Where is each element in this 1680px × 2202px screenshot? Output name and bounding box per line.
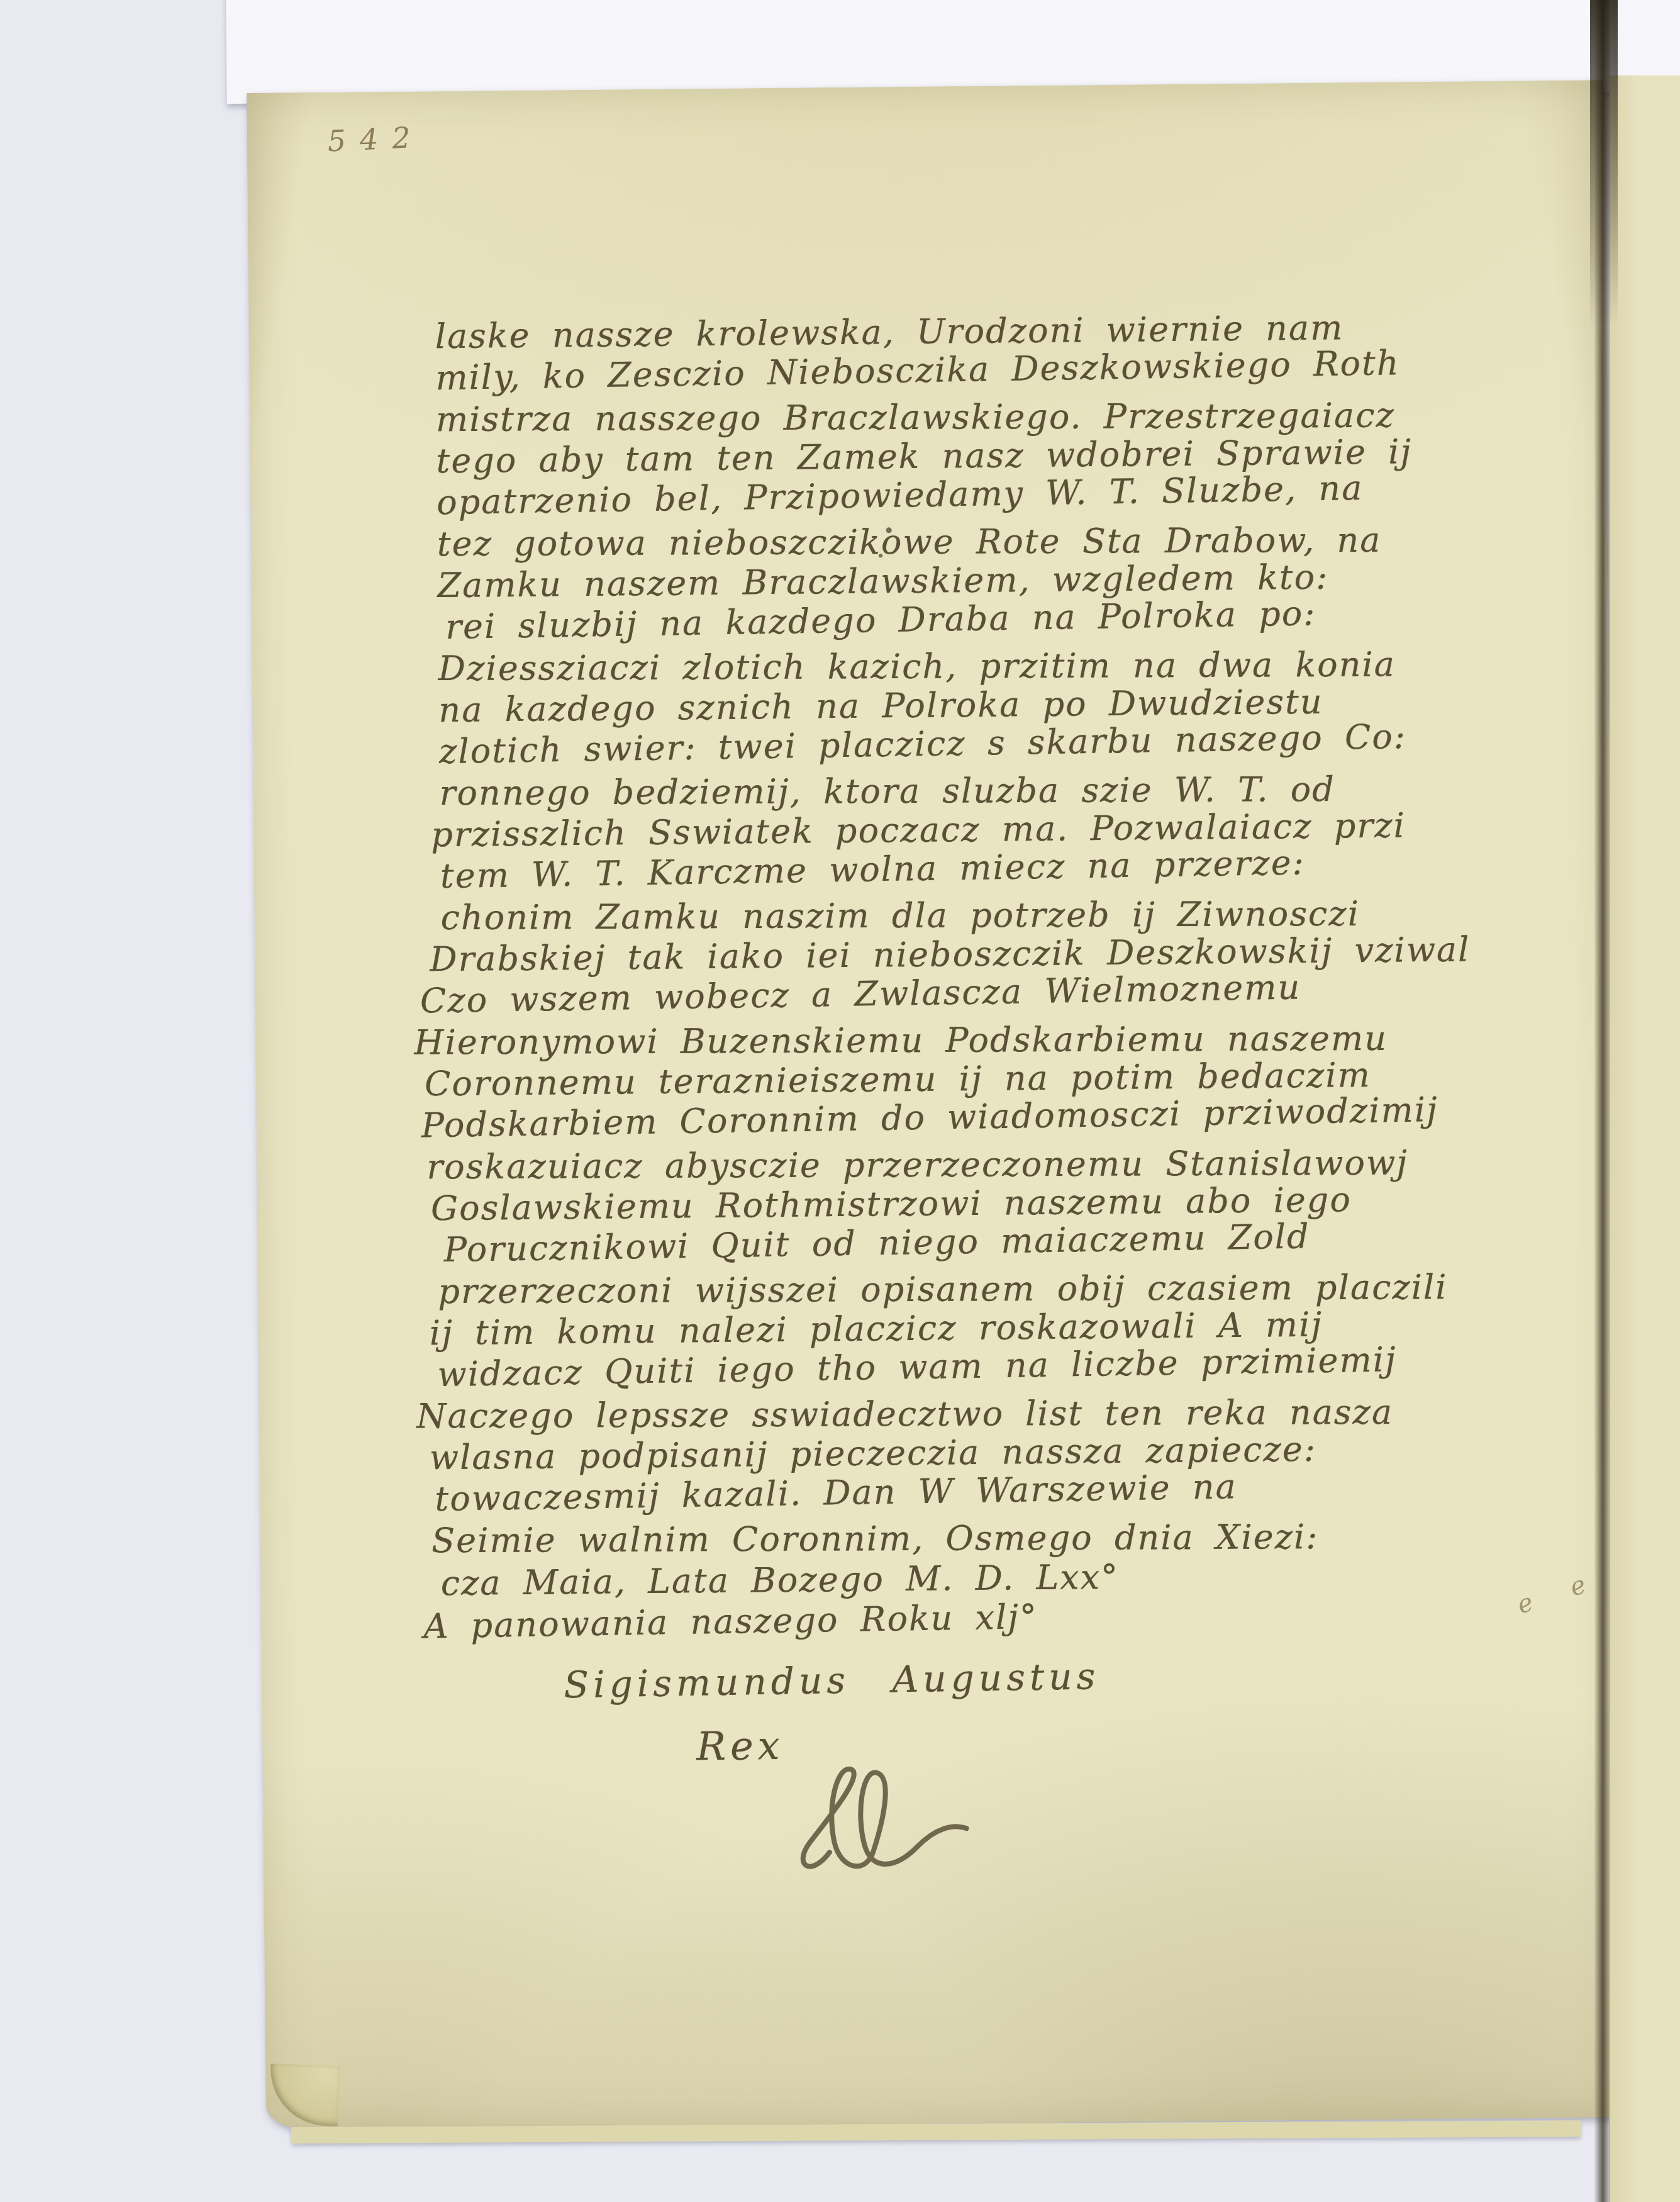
backing-sheet-right	[1607, 0, 1680, 88]
manuscript-line: tez gotowa nieboszczikowe Rote Sta Drabo…	[437, 520, 1382, 564]
manuscript-line: Seimie walnim Coronnim, Osmego dnia Xiez…	[431, 1517, 1319, 1560]
manuscript-line: mistrza nasszego Braczlawskiego. Przestr…	[436, 395, 1395, 439]
manuscript-line: A panowania naszego Roku xlj°	[423, 1597, 1038, 1646]
manuscript-line: chonim Zamku naszim dla potrzeb ij Ziwno…	[440, 894, 1360, 937]
pen-marks: e e	[1513, 1565, 1605, 1620]
adjacent-page	[1609, 75, 1680, 2202]
manuscript-line: Drabskiej tak iako iei nieboszczik Deszk…	[430, 929, 1471, 979]
manuscript-line: cza Maia, Lata Bozego M. D. Lxx°	[440, 1557, 1119, 1603]
manuscript-line: Dziessziaczi zlotich kazich, przitim na …	[438, 644, 1396, 688]
manuscript-page: 542 laske nassze krolewska, Urodzoni wie…	[247, 80, 1622, 2130]
page-number: 542	[327, 120, 425, 159]
gutter-fold	[1594, 0, 1610, 2202]
manuscript-line: ronnego bedziemij, ktora sluzba szie W. …	[440, 769, 1335, 813]
scan-background: 542 laske nassze krolewska, Urodzoni wie…	[0, 0, 1680, 2202]
gutter-shadow	[1590, 0, 1618, 327]
royal-paraph-icon	[785, 1763, 975, 1899]
ink-speck	[879, 554, 882, 557]
under-sheet-edge	[291, 2120, 1581, 2143]
signature-name: Sigismundus Augustus	[564, 1655, 1100, 1706]
signature-title: Rex	[696, 1723, 784, 1769]
ink-speck	[886, 527, 892, 533]
page-corner-curl	[269, 2064, 340, 2127]
